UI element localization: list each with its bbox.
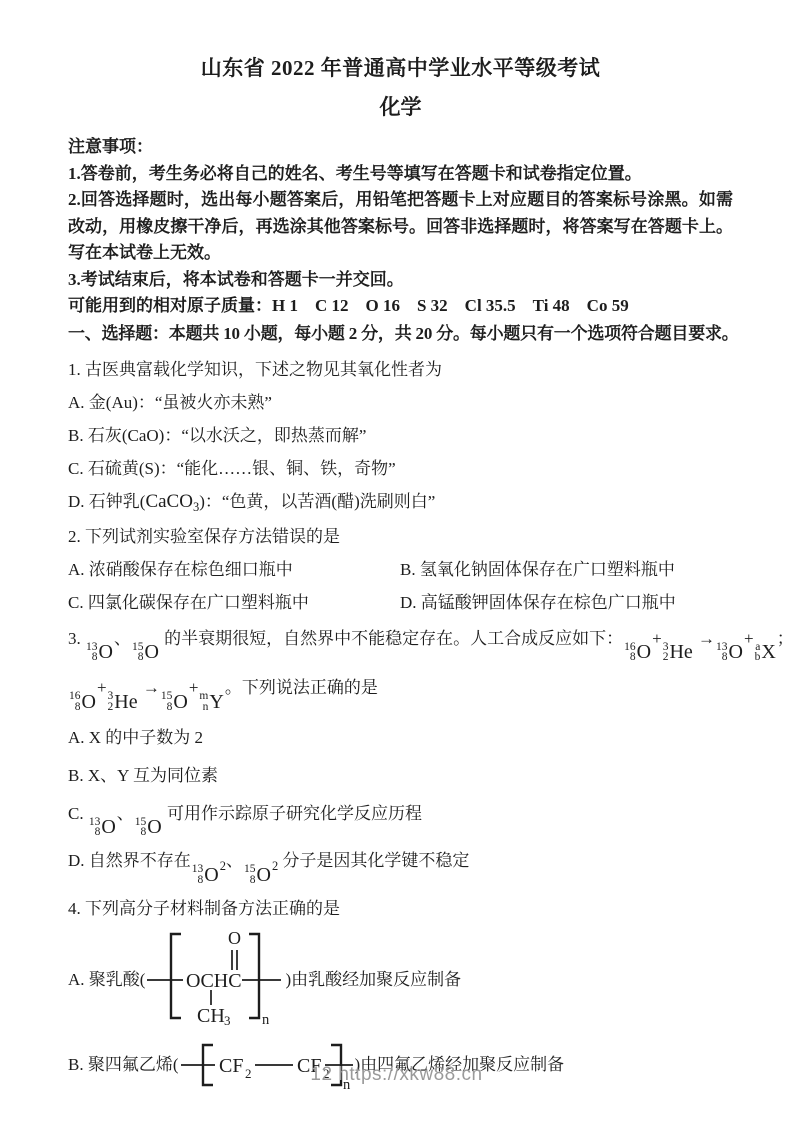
section-heading: 一、选择题：本题共 10 小题，每小题 2 分，共 20 分。每小题只有一个选项…	[68, 320, 733, 347]
exam-page: 山东省 2022 年普通高中学业水平等级考试 化学 注意事项： 1.答卷前，考生…	[0, 0, 793, 1122]
repeat-subscript-n: n	[262, 1012, 270, 1026]
question-2-option-d: D. 高锰酸钾固体保存在棕色广口瓶中	[400, 591, 733, 615]
page-content: 山东省 2022 年普通高中学业水平等级考试 化学 注意事项： 1.答卷前，考生…	[0, 0, 793, 1091]
carbonyl-oxygen-label: O	[228, 928, 241, 948]
question-3: 3. 138O、158O 的半衰期很短，自然界中不能稳定存在。人工合成反应如下：…	[68, 624, 733, 886]
question-4: 4. 下列高分子材料制备方法正确的是 A. 聚乳酸( OCHC O CH 3 n	[68, 897, 733, 1091]
notice-item-1: 1.答卷前，考生务必将自己的姓名、考生号等填写在答题卡和试卷指定位置。	[68, 161, 733, 188]
methyl-subscript: 3	[224, 1013, 231, 1026]
question-1-stem: 1. 古医典富载化学知识，下述之物见其氧化性者为	[68, 358, 733, 382]
question-3-option-c: C. 138O、158O 可用作示踪原子研究化学反应历程	[68, 799, 733, 839]
question-1-option-c: C. 石硫黄(S)：“能化……银、铜、铁，奇物”	[68, 457, 733, 481]
polymer-bracket-left	[171, 934, 181, 1018]
question-2-option-a: A. 浓硝酸保存在棕色细口瓶中	[68, 558, 400, 582]
notice-item-2: 2.回答选择题时，选出每小题答案后，用铅笔把答题卡上对应题目的答案标号涂黑。如需…	[68, 187, 733, 267]
question-3-option-a: A. X 的中子数为 2	[68, 723, 733, 753]
question-2: 2. 下列试剂实验室保存方法错误的是 A. 浓硝酸保存在棕色细口瓶中 B. 氢氧…	[68, 525, 733, 615]
question-1-option-a: A. 金(Au)：“虽被火亦未熟”	[68, 391, 733, 415]
option-a-prefix: A. 聚乳酸(	[68, 968, 145, 992]
question-3-option-d: D. 自然界不存在138O2、158O2 分子是因其化学键不稳定	[68, 846, 733, 886]
question-2-option-b: B. 氢氧化钠固体保存在广口塑料瓶中	[400, 558, 733, 582]
question-2-option-c: C. 四氯化碳保存在广口塑料瓶中	[68, 591, 400, 615]
polymer-bracket-right	[249, 934, 259, 1018]
question-2-stem: 2. 下列试剂实验室保存方法错误的是	[68, 525, 733, 549]
notice-section: 注意事项： 1.答卷前，考生务必将自己的姓名、考生号等填写在答题卡和试卷指定位置…	[68, 134, 733, 320]
page-title: 山东省 2022 年普通高中学业水平等级考试	[68, 54, 733, 82]
polylactic-acid-structure: OCHC O CH 3 n	[145, 924, 285, 1026]
page-footer-watermark: 12 https://xkw88.cn	[0, 1064, 793, 1086]
question-1-option-b: B. 石灰(CaO)：“以水沃之，即热蒸而解”	[68, 424, 733, 448]
question-3-stem-line-1: 3. 138O、158O 的半衰期很短，自然界中不能稳定存在。人工合成反应如下：…	[68, 624, 733, 664]
subject-title: 化学	[68, 94, 733, 120]
question-2-options-grid: A. 浓硝酸保存在棕色细口瓶中 B. 氢氧化钠固体保存在广口塑料瓶中 C. 四氯…	[68, 558, 733, 615]
question-4-stem: 4. 下列高分子材料制备方法正确的是	[68, 897, 733, 921]
notice-heading: 注意事项：	[68, 134, 733, 161]
question-3-stem-line-2: 168O+32He →158O+mnY。下列说法正确的是	[68, 673, 733, 713]
question-1: 1. 古医典富载化学知识，下述之物见其氧化性者为 A. 金(Au)：“虽被火亦未…	[68, 358, 733, 514]
question-1-option-d: D. 石钟乳(CaCO3)：“色黄，以苦酒(醋)洗刷则白”	[68, 490, 733, 514]
atomic-mass-line: 可能用到的相对原子质量：H 1 C 12 O 16 S 32 Cl 35.5 T…	[68, 293, 733, 320]
methyl-label: CH	[197, 1005, 225, 1026]
option-a-suffix: )由乳酸经加聚反应制备	[285, 968, 461, 992]
question-3-option-b: B. X、Y 互为同位素	[68, 761, 733, 791]
question-4-option-a: A. 聚乳酸( OCHC O CH 3 n )由乳酸经加聚反应制备	[68, 929, 733, 1031]
notice-item-3: 3.考试结束后，将本试卷和答题卡一并交回。	[68, 267, 733, 294]
chain-formula-label: OCHC	[186, 970, 242, 992]
